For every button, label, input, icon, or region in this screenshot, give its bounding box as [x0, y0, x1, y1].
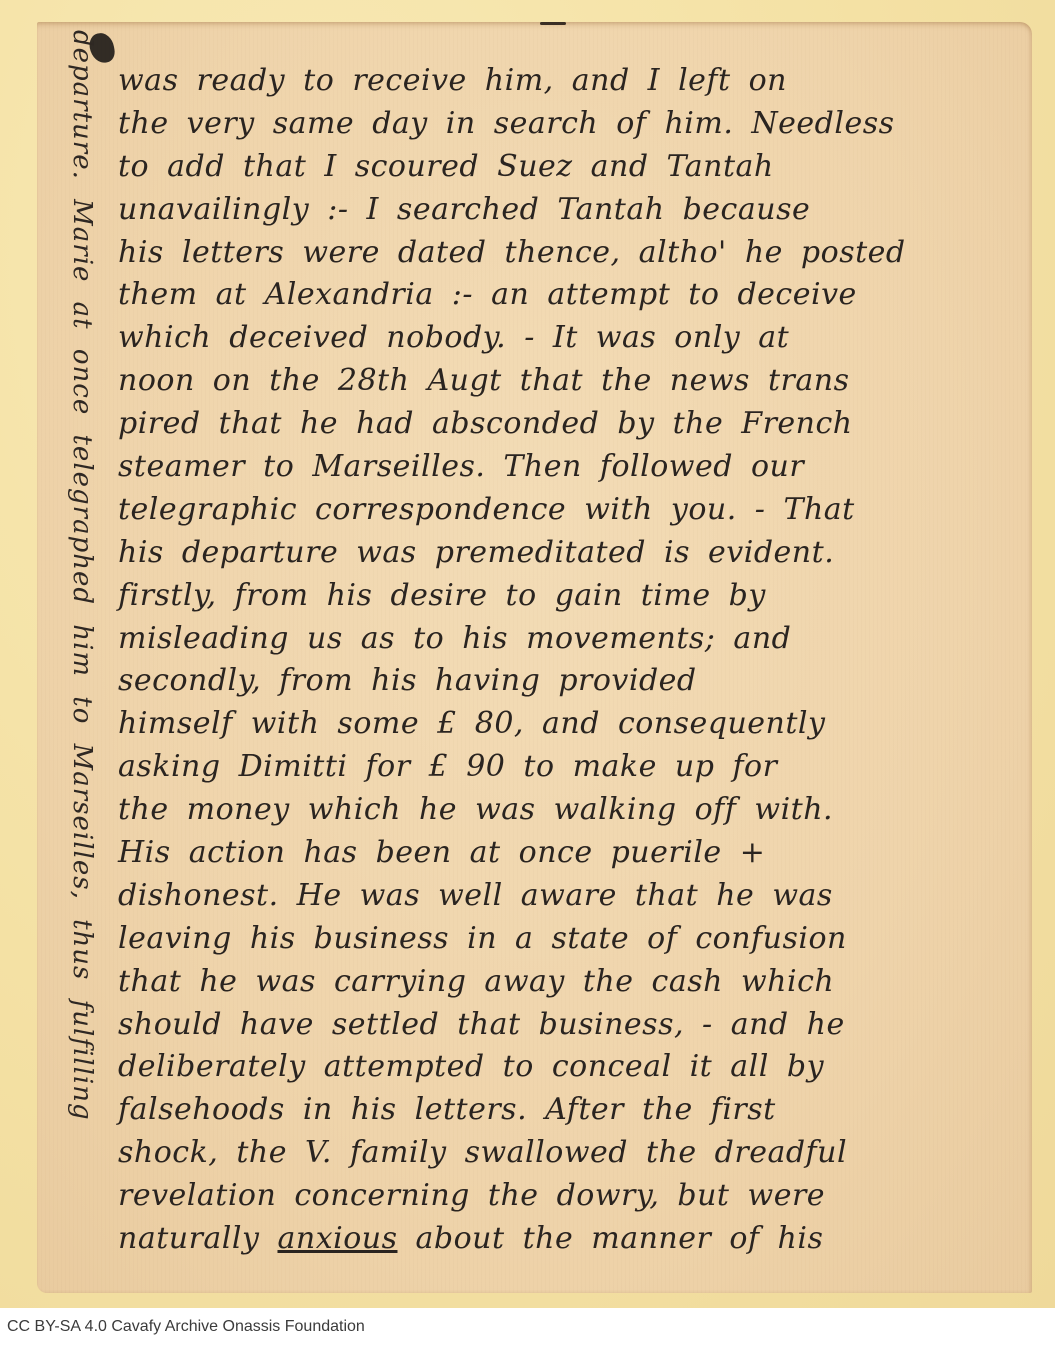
letter-line: falsehoods in his letters. After the fir… — [118, 1089, 1023, 1132]
ink-mark — [540, 22, 566, 25]
text-segment: naturally — [118, 1221, 277, 1256]
letter-line: noon on the 28th Augt that the news tran… — [118, 360, 1023, 403]
letter-line: asking Dimitti for £ 90 to make up for — [118, 746, 1023, 789]
letter-line: the money which he was walking off with. — [118, 789, 1023, 832]
vertical-margin-note: departure. Marie at once telegraphed him… — [62, 30, 102, 1280]
letter-line: revelation concerning the dowry, but wer… — [118, 1175, 1023, 1218]
letter-line: telegraphic correspondence with you. - T… — [118, 489, 1023, 532]
letter-line-last: naturally anxious about the manner of hi… — [118, 1218, 1023, 1261]
license-credit: CC BY-SA 4.0 Cavafy Archive Onassis Foun… — [7, 1318, 365, 1336]
letter-line: leaving his business in a state of confu… — [118, 918, 1023, 961]
letter-line: which deceived nobody. - It was only at — [118, 317, 1023, 360]
letter-line: that he was carrying away the cash which — [118, 961, 1023, 1004]
letter-line: secondly, from his having provided — [118, 660, 1023, 703]
letter-line: himself with some £ 80, and consequently — [118, 703, 1023, 746]
letter-line: was ready to receive him, and I left on — [118, 60, 1023, 103]
letter-line: them at Alexandria :- an attempt to dece… — [118, 274, 1023, 317]
letter-line: deliberately attempted to conceal it all… — [118, 1046, 1023, 1089]
letter-line: should have settled that business, - and… — [118, 1004, 1023, 1047]
letter-line: His action has been at once puerile + — [118, 832, 1023, 875]
letter-line: steamer to Marseilles. Then followed our — [118, 446, 1023, 489]
letter-line: his letters were dated thence, altho' he… — [118, 232, 1023, 275]
letter-line: to add that I scoured Suez and Tantah — [118, 146, 1023, 189]
underlined-word: anxious — [277, 1221, 397, 1256]
letter-line: firstly, from his desire to gain time by — [118, 575, 1023, 618]
text-segment: about the manner of his — [397, 1221, 823, 1256]
letter-body: was ready to receive him, and I left on … — [118, 60, 1023, 1261]
letter-line: misleading us as to his movements; and — [118, 618, 1023, 661]
letter-line: shock, the V. family swallowed the dread… — [118, 1132, 1023, 1175]
letter-line: unavailingly :- I searched Tantah becaus… — [118, 189, 1023, 232]
letter-line: his departure was premeditated is eviden… — [118, 532, 1023, 575]
letter-line: pired that he had absconded by the Frenc… — [118, 403, 1023, 446]
letter-line: dishonest. He was well aware that he was — [118, 875, 1023, 918]
letter-line: the very same day in search of him. Need… — [118, 103, 1023, 146]
